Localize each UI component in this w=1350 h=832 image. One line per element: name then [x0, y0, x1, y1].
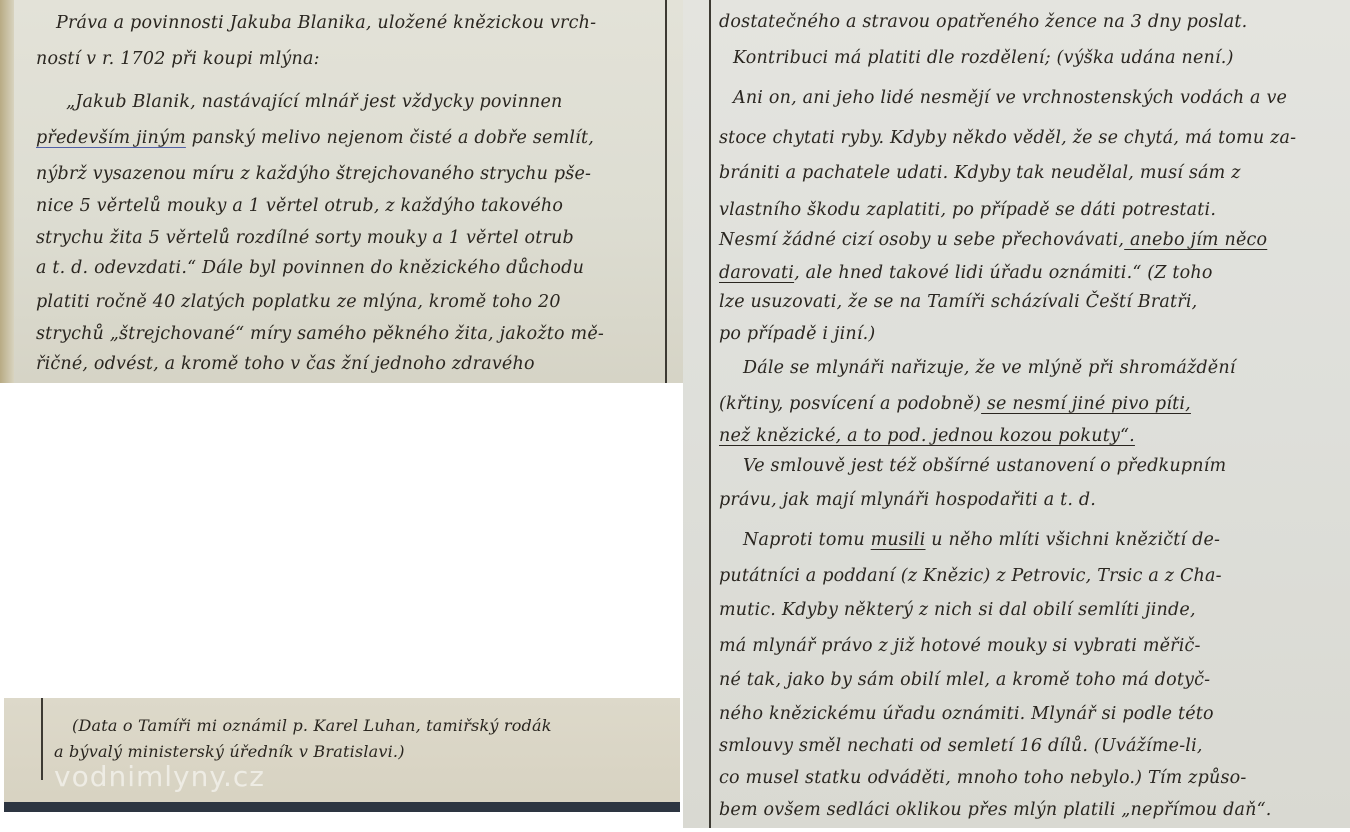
margin-rule	[41, 698, 43, 780]
text-line: Dále se mlynáři nařizuje, že ve mlýně př…	[743, 358, 1236, 378]
text-line: má mlynář právo z již hotové mouky si vy…	[719, 636, 1201, 656]
text-line: „Jakub Blanik, nastávající mlnář jest vž…	[66, 92, 563, 112]
margin-rule	[665, 0, 667, 383]
text-line: Ani on, ani jeho lidé nesmějí ve vrchnos…	[733, 88, 1287, 108]
text-line: ného knězickému úřadu oznámiti. Mlynář s…	[719, 704, 1214, 724]
text-line: darovati, ale hned takové lidi úřadu ozn…	[719, 263, 1213, 283]
text-line: mutic. Kdyby některý z nich si dal obilí…	[719, 600, 1196, 620]
text-line: nýbrž vysazenou míru z každýho štrejchov…	[36, 164, 591, 184]
text-line: řičné, odvést, a kromě toho v čas žní je…	[36, 354, 535, 374]
text-line: stoce chytati ryby. Kdyby někdo věděl, ž…	[719, 128, 1296, 148]
text-line: bem ovšem sedláci oklikou přes mlýn plat…	[719, 800, 1272, 820]
text-line: a t. d. odevzdati.“ Dále byl povinnen do…	[36, 258, 584, 278]
text-line: putátníci a poddaní (z Knězic) z Petrovi…	[719, 566, 1222, 586]
text-line: Kontribuci má platiti dle rozdělení; (vý…	[733, 48, 1234, 68]
text-line: strychu žita 5 věrtelů rozdílné sorty mo…	[36, 228, 574, 248]
underlined-phrase: anebo jím něco	[1124, 230, 1267, 250]
text-line: brániti a pachatele udati. Kdyby tak neu…	[719, 163, 1241, 183]
underlined-phrase: musili	[871, 530, 926, 550]
text-line: především jiným panský melivo nejenom či…	[36, 128, 594, 148]
text-line: Nesmí žádné cizí osoby u sebe přechováva…	[719, 230, 1267, 250]
text-line: lze usuzovati, že se na Tamíři scházíval…	[719, 292, 1197, 312]
text-line: (Data o Tamíři mi oznámil p. Karel Luhan…	[72, 716, 552, 735]
right-page-scan: dostatečného a stravou opatřeného žence …	[683, 0, 1350, 828]
text-line: strychů „štrejchované“ míry samého pěkné…	[36, 324, 604, 344]
text-line: nice 5 věrtelů mouky a 1 věrtel otrub, z…	[36, 196, 563, 216]
underlined-phrase: se nesmí jiné pivo píti,	[981, 394, 1191, 414]
footnote-scan: (Data o Tamíři mi oznámil p. Karel Luhan…	[4, 698, 680, 812]
text-line: a bývalý ministerský úředník v Bratislav…	[54, 742, 405, 761]
text-line: dostatečného a stravou opatřeného žence …	[719, 12, 1247, 32]
text-line: co musel statku odváděti, mnoho toho neb…	[719, 768, 1247, 788]
margin-rule	[709, 0, 711, 828]
table-surface	[4, 802, 680, 812]
text-line: právu, jak mají mlynáři hospodařiti a t.…	[719, 490, 1096, 510]
text-line: než knězické, a to pod. jednou kozou pok…	[719, 426, 1135, 446]
text-line: po případě i jiní.)	[719, 324, 875, 344]
text-line: Ve smlouvě jest též obšírné ustanovení o…	[743, 456, 1226, 476]
underlined-phrase: než knězické, a to pod. jednou kozou pok…	[719, 426, 1135, 446]
underlined-phrase: darovati	[719, 263, 794, 283]
text-line: né tak, jako by sám obilí mlel, a kromě …	[719, 670, 1210, 690]
text-line: vlastního škodu zaplatiti, po případě se…	[719, 200, 1216, 220]
text-line: ností v r. 1702 při koupi mlýna:	[36, 49, 320, 69]
left-page-scan: Práva a povinnosti Jakuba Blanika, ulože…	[0, 0, 683, 383]
watermark-text: vodnimlyny.cz	[54, 760, 265, 793]
text-line: Naproti tomu musili u něho mlíti všichni…	[743, 530, 1220, 550]
text-line: platiti ročně 40 zlatých poplatku ze mlý…	[36, 292, 561, 312]
text-line: (křtiny, posvícení a podobně) se nesmí j…	[719, 394, 1191, 414]
text-line: smlouvy směl nechati od semletí 16 dílů.…	[719, 736, 1203, 756]
underlined-phrase: především jiným	[36, 128, 186, 148]
text-line: Práva a povinnosti Jakuba Blanika, ulože…	[56, 13, 596, 33]
